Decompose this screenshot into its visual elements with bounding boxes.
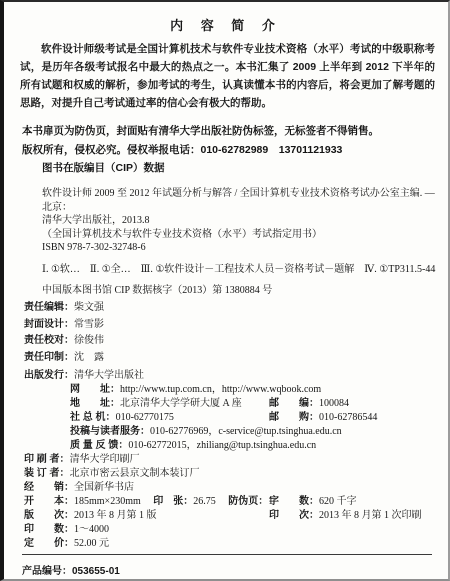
address-row: 地 址：北京清华大学学研大厦 A 座 邮 编：100084	[24, 397, 436, 411]
edition-value: 2013 年 8 月第 1 版	[74, 510, 157, 521]
summary-title: 内 容 简 介	[4, 15, 448, 34]
anti-piracy-line2: 版权所有，侵权必究。侵权举报电话：010-62782989 1370112193…	[22, 141, 435, 160]
staff-row-proofreader: 责任校对：徐俊伟	[24, 333, 104, 350]
website-label: 网 址：	[70, 384, 120, 395]
address-label: 地 址：	[70, 398, 120, 409]
anti-piracy-line1: 本书扉页为防伪页，封面贴有清华大学出版社防伪标签，无标签者不得销售。	[22, 122, 435, 141]
reader-service-row: 投稿与读者服务：010-62776969，c-service@tup.tsing…	[24, 425, 436, 439]
antifake-seg: 防伪页：1	[228, 496, 273, 507]
wordcount-label: 字 数：	[269, 496, 319, 507]
cip-entry-line1: 软件设计师 2009 至 2012 年试题分析与解答 / 全国计算机专业技术资格…	[42, 187, 436, 214]
quality-feedback-value: 010-62772015，zhiliang@tup.tsinghua.edu.c…	[128, 440, 316, 451]
staff-name: 柴文强	[74, 302, 104, 313]
staff-name: 徐俊伟	[74, 335, 104, 346]
zip-col: 邮 编：100084	[269, 397, 349, 411]
colophon-info: 印 刷 者：清华大学印刷厂 装 订 者：北京市密云县京文制本装订厂 经 销：全国…	[24, 453, 436, 551]
reader-service-value: 010-62776969，c-service@tup.tsinghua.edu.…	[150, 426, 342, 437]
format-label: 开 本：	[24, 496, 74, 507]
cip-classification: Ⅰ. ①软… Ⅱ. ①全… Ⅲ. ①软件设计－工程技术人员－资格考试－题解 Ⅳ.…	[42, 263, 436, 277]
printrun-row: 印 数：1～4000	[24, 523, 436, 537]
mailorder-col: 邮 购：010-62786544	[269, 411, 377, 425]
cip-series-note: （全国计算机技术与软件专业技术资格（水平）考试指定用书）	[42, 228, 436, 242]
zip-label: 邮 编：	[269, 398, 319, 409]
printrun-label: 印 数：	[24, 524, 74, 535]
cip-record-number: 中国版本图书馆 CIP 数据核字（2013）第 1380884 号	[42, 284, 436, 298]
staff-name: 常雪影	[74, 319, 104, 330]
publisher-name: 清华大学出版社	[74, 370, 144, 381]
summary-paragraph: 软件设计师级考试是全国计算机技术与软件专业技术资格（水平）考试的中级职称考试，是…	[20, 40, 435, 112]
website-row: 网 址：http://www.tup.com.cn，http://www.wqb…	[24, 383, 436, 397]
price-row: 定 价：52.00 元	[24, 537, 436, 551]
impression-col: 印 次：2013 年 8 月第 1 次印刷	[269, 509, 422, 523]
footer-divider	[22, 554, 432, 555]
product-number-label: 产品编号：	[22, 566, 72, 577]
price-value: 52.00 元	[74, 538, 109, 549]
staff-label: 责任编辑：	[24, 302, 74, 313]
cip-entry-line2: 清华大学出版社，2013.8	[42, 214, 436, 228]
printer-row: 印 刷 者：清华大学印刷厂	[24, 453, 436, 467]
staff-row-print-supervisor: 责任印制：沈 露	[24, 350, 104, 367]
printer-value: 清华大学印刷厂	[70, 454, 140, 465]
format-row: 开 本：185mm×230mm 印 张：26.75 防伪页：1 字 数：620 …	[24, 495, 436, 509]
edition-label: 版 次：	[24, 510, 74, 521]
staff-label: 封面设计：	[24, 319, 74, 330]
product-number-row: 产品编号：053655-01	[22, 562, 120, 577]
sheets-label: 印 张：	[153, 496, 193, 507]
distributor-value: 全国新华书店	[74, 482, 134, 493]
wordcount-col: 字 数：620 千字	[269, 495, 357, 509]
switchboard-value: 010-62770175	[116, 412, 174, 423]
staff-name: 沈 露	[74, 352, 104, 363]
staff-row-cover-design: 封面设计：常雪影	[24, 317, 104, 334]
quality-feedback-label: 质 量 反 馈：	[70, 440, 128, 451]
impression-label: 印 次：	[269, 510, 319, 521]
binder-row: 装 订 者：北京市密云县京文制本装订厂	[24, 467, 436, 481]
printer-label: 印 刷 者：	[24, 454, 70, 465]
anti-piracy-notice: 本书扉页为防伪页，封面贴有清华大学出版社防伪标签，无标签者不得销售。 版权所有，…	[22, 122, 435, 160]
mailorder-value: 010-62786544	[319, 412, 377, 423]
publishing-info: 出版发行：清华大学出版社 网 址：http://www.tup.com.cn，h…	[24, 369, 436, 453]
sheets-seg: 印 张：26.75	[153, 496, 216, 507]
cip-data-block: 软件设计师 2009 至 2012 年试题分析与解答 / 全国计算机专业技术资格…	[42, 187, 436, 298]
mailorder-label: 邮 购：	[269, 412, 319, 423]
switchboard-label: 社 总 机：	[70, 412, 116, 423]
website-urls: http://www.tup.com.cn，http://www.wqbook.…	[120, 384, 321, 395]
address-value: 北京清华大学学研大厦 A 座	[120, 398, 242, 409]
sheets-value: 26.75	[193, 496, 216, 507]
distributor-row: 经 销：全国新华书店	[24, 481, 436, 495]
isbn-number: ISBN 978-7-302-32748-6	[42, 241, 436, 255]
staff-label: 责任校对：	[24, 335, 74, 346]
format-value: 185mm×230mm	[74, 496, 141, 507]
publisher-row: 出版发行：清华大学出版社	[24, 369, 436, 383]
edition-row: 版 次：2013 年 8 月第 1 版 印 次：2013 年 8 月第 1 次印…	[24, 509, 436, 523]
product-number-value: 053655-01	[72, 566, 120, 577]
switchboard-row: 社 总 机：010-62770175 邮 购：010-62786544	[24, 411, 436, 425]
wordcount-value: 620 千字	[319, 496, 357, 507]
antifake-label: 防伪页：	[228, 496, 268, 507]
price-label: 定 价：	[24, 538, 74, 549]
distributor-label: 经 销：	[24, 482, 74, 493]
copyright-page: 内 容 简 介 软件设计师级考试是全国计算机技术与软件专业技术资格（水平）考试的…	[0, 0, 450, 581]
cip-heading: 图书在版编目（CIP）数据	[42, 160, 165, 175]
zip-value: 100084	[319, 398, 349, 409]
staff-row-editor: 责任编辑：柴文强	[24, 300, 104, 317]
staff-label: 责任印制：	[24, 352, 74, 363]
staff-credits: 责任编辑：柴文强 封面设计：常雪影 责任校对：徐俊伟 责任印制：沈 露	[24, 300, 104, 366]
impression-value: 2013 年 8 月第 1 次印刷	[319, 510, 422, 521]
reader-service-label: 投稿与读者服务：	[70, 426, 150, 437]
quality-feedback-row: 质 量 反 馈：010-62772015，zhiliang@tup.tsingh…	[24, 439, 436, 453]
printrun-value: 1～4000	[74, 524, 109, 535]
binder-label: 装 订 者：	[24, 468, 70, 479]
binder-value: 北京市密云县京文制本装订厂	[70, 468, 200, 479]
publisher-label: 出版发行：	[24, 370, 74, 381]
